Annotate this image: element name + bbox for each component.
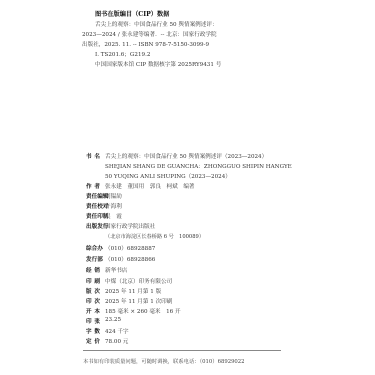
label-general-office: 综合办 <box>86 244 100 252</box>
value-word-count: 424 千字 <box>105 327 129 335</box>
value-format: 185 毫米 × 260 毫米 16 开 <box>105 307 181 315</box>
row-word-count: 字数 424 千字 <box>86 327 129 335</box>
cip-line-5: 中国国家版本馆 CIP 数据核字第 2025RY9431 号 <box>95 60 221 68</box>
value-general-office: （010）68928887 <box>105 244 155 252</box>
row-title: 书名 舌尖上的观察：中国食品行业 50 舆情案例述评（2023—2024） <box>86 152 267 160</box>
cip-line-4: Ⅰ. TS201.6；G219.2 <box>95 50 150 58</box>
value-impression: 2025 年 11 月第 1 次印刷 <box>105 297 172 305</box>
row-price: 定价 78.00 元 <box>86 337 128 345</box>
value-sheets: 23.25 <box>105 317 121 325</box>
value-editor: 刘韫劼 <box>105 192 122 200</box>
label-editor: 责任编辑 <box>86 192 105 200</box>
footer-divider <box>83 350 281 351</box>
row-editor: 责任编辑 刘韫劼 <box>86 192 122 200</box>
value-edition: 2025 年 11 月第 1 版 <box>105 287 161 295</box>
row-printer: 印刷 中煤（北京）印务有限公司 <box>86 277 172 285</box>
label-impression: 印次 <box>86 297 100 305</box>
value-title: 舌尖上的观察：中国食品行业 50 舆情案例述评（2023—2024） <box>105 152 267 160</box>
label-format: 开本 <box>86 307 100 315</box>
label-authors: 作者 <box>86 182 100 190</box>
label-publisher: 出版发行 <box>86 222 105 230</box>
label-word-count: 字数 <box>86 327 100 335</box>
label-proofreader: 责任校对 <box>86 202 105 210</box>
row-proofreader: 责任校对 许海利 <box>86 202 122 210</box>
value-publisher: 国家行政学院出版社 <box>105 222 155 230</box>
title-pinyin-line-2: 50 YUQING ANLI SHUPING（2023—2024） <box>105 172 231 180</box>
row-impression: 印次 2025 年 11 月第 1 次印刷 <box>86 297 172 305</box>
row-format: 开本 185 毫米 × 260 毫米 16 开 <box>86 307 181 315</box>
row-authors: 作者 张永建 董国用 郭良 柯斌 编著 <box>86 182 195 190</box>
label-title: 书名 <box>86 152 100 160</box>
value-price: 78.00 元 <box>105 337 128 345</box>
value-printing-supervisor: 吴 霞 <box>105 212 122 220</box>
row-printing-supervisor: 责任印制 吴 霞 <box>86 212 122 220</box>
row-sheets: 印张 23.25 <box>86 317 121 325</box>
label-printing-supervisor: 责任印制 <box>86 212 105 220</box>
value-dealer: 新华书店 <box>105 266 127 274</box>
label-price: 定价 <box>86 337 100 345</box>
value-distribution: （010）68928866 <box>105 255 155 263</box>
label-edition: 版次 <box>86 287 100 295</box>
cip-line-3: 出版社，2025. 11. -- ISBN 978-7-5150-3099-9 <box>82 40 209 48</box>
row-publisher: 出版发行 国家行政学院出版社 <box>86 222 155 230</box>
label-printer: 印刷 <box>86 277 100 285</box>
value-authors: 张永建 董国用 郭良 柯斌 编著 <box>105 182 195 190</box>
cip-line-2: 2023—2024 / 张永建等编著．-- 北京：国家行政学院 <box>82 30 217 38</box>
title-pinyin-line-1: SHEJIAN SHANG DE GUANCHA：ZHONGGUO SHIPIN… <box>105 162 292 170</box>
label-sheets: 印张 <box>86 317 100 325</box>
quality-notice: 本书如有印装质量问题，可随时调换，联系电话：（010）68929022 <box>83 357 245 365</box>
cip-line-1: 舌尖上的观察：中国食品行业 50 舆情案例述评： <box>95 20 218 28</box>
row-distribution: 发行部 （010）68928866 <box>86 255 155 263</box>
value-proofreader: 许海利 <box>105 202 122 210</box>
value-printer: 中煤（北京）印务有限公司 <box>105 277 172 285</box>
row-edition: 版次 2025 年 11 月第 1 版 <box>86 287 161 295</box>
label-dealer: 经销 <box>86 266 100 274</box>
publisher-address: （北京市海淀区长春桥路 6 号 100089） <box>105 233 204 240</box>
cip-title: 图书在版编目（CIP）数据 <box>95 9 169 18</box>
row-general-office: 综合办 （010）68928887 <box>86 244 155 252</box>
row-dealer: 经销 新华书店 <box>86 266 127 274</box>
label-distribution: 发行部 <box>86 255 100 263</box>
